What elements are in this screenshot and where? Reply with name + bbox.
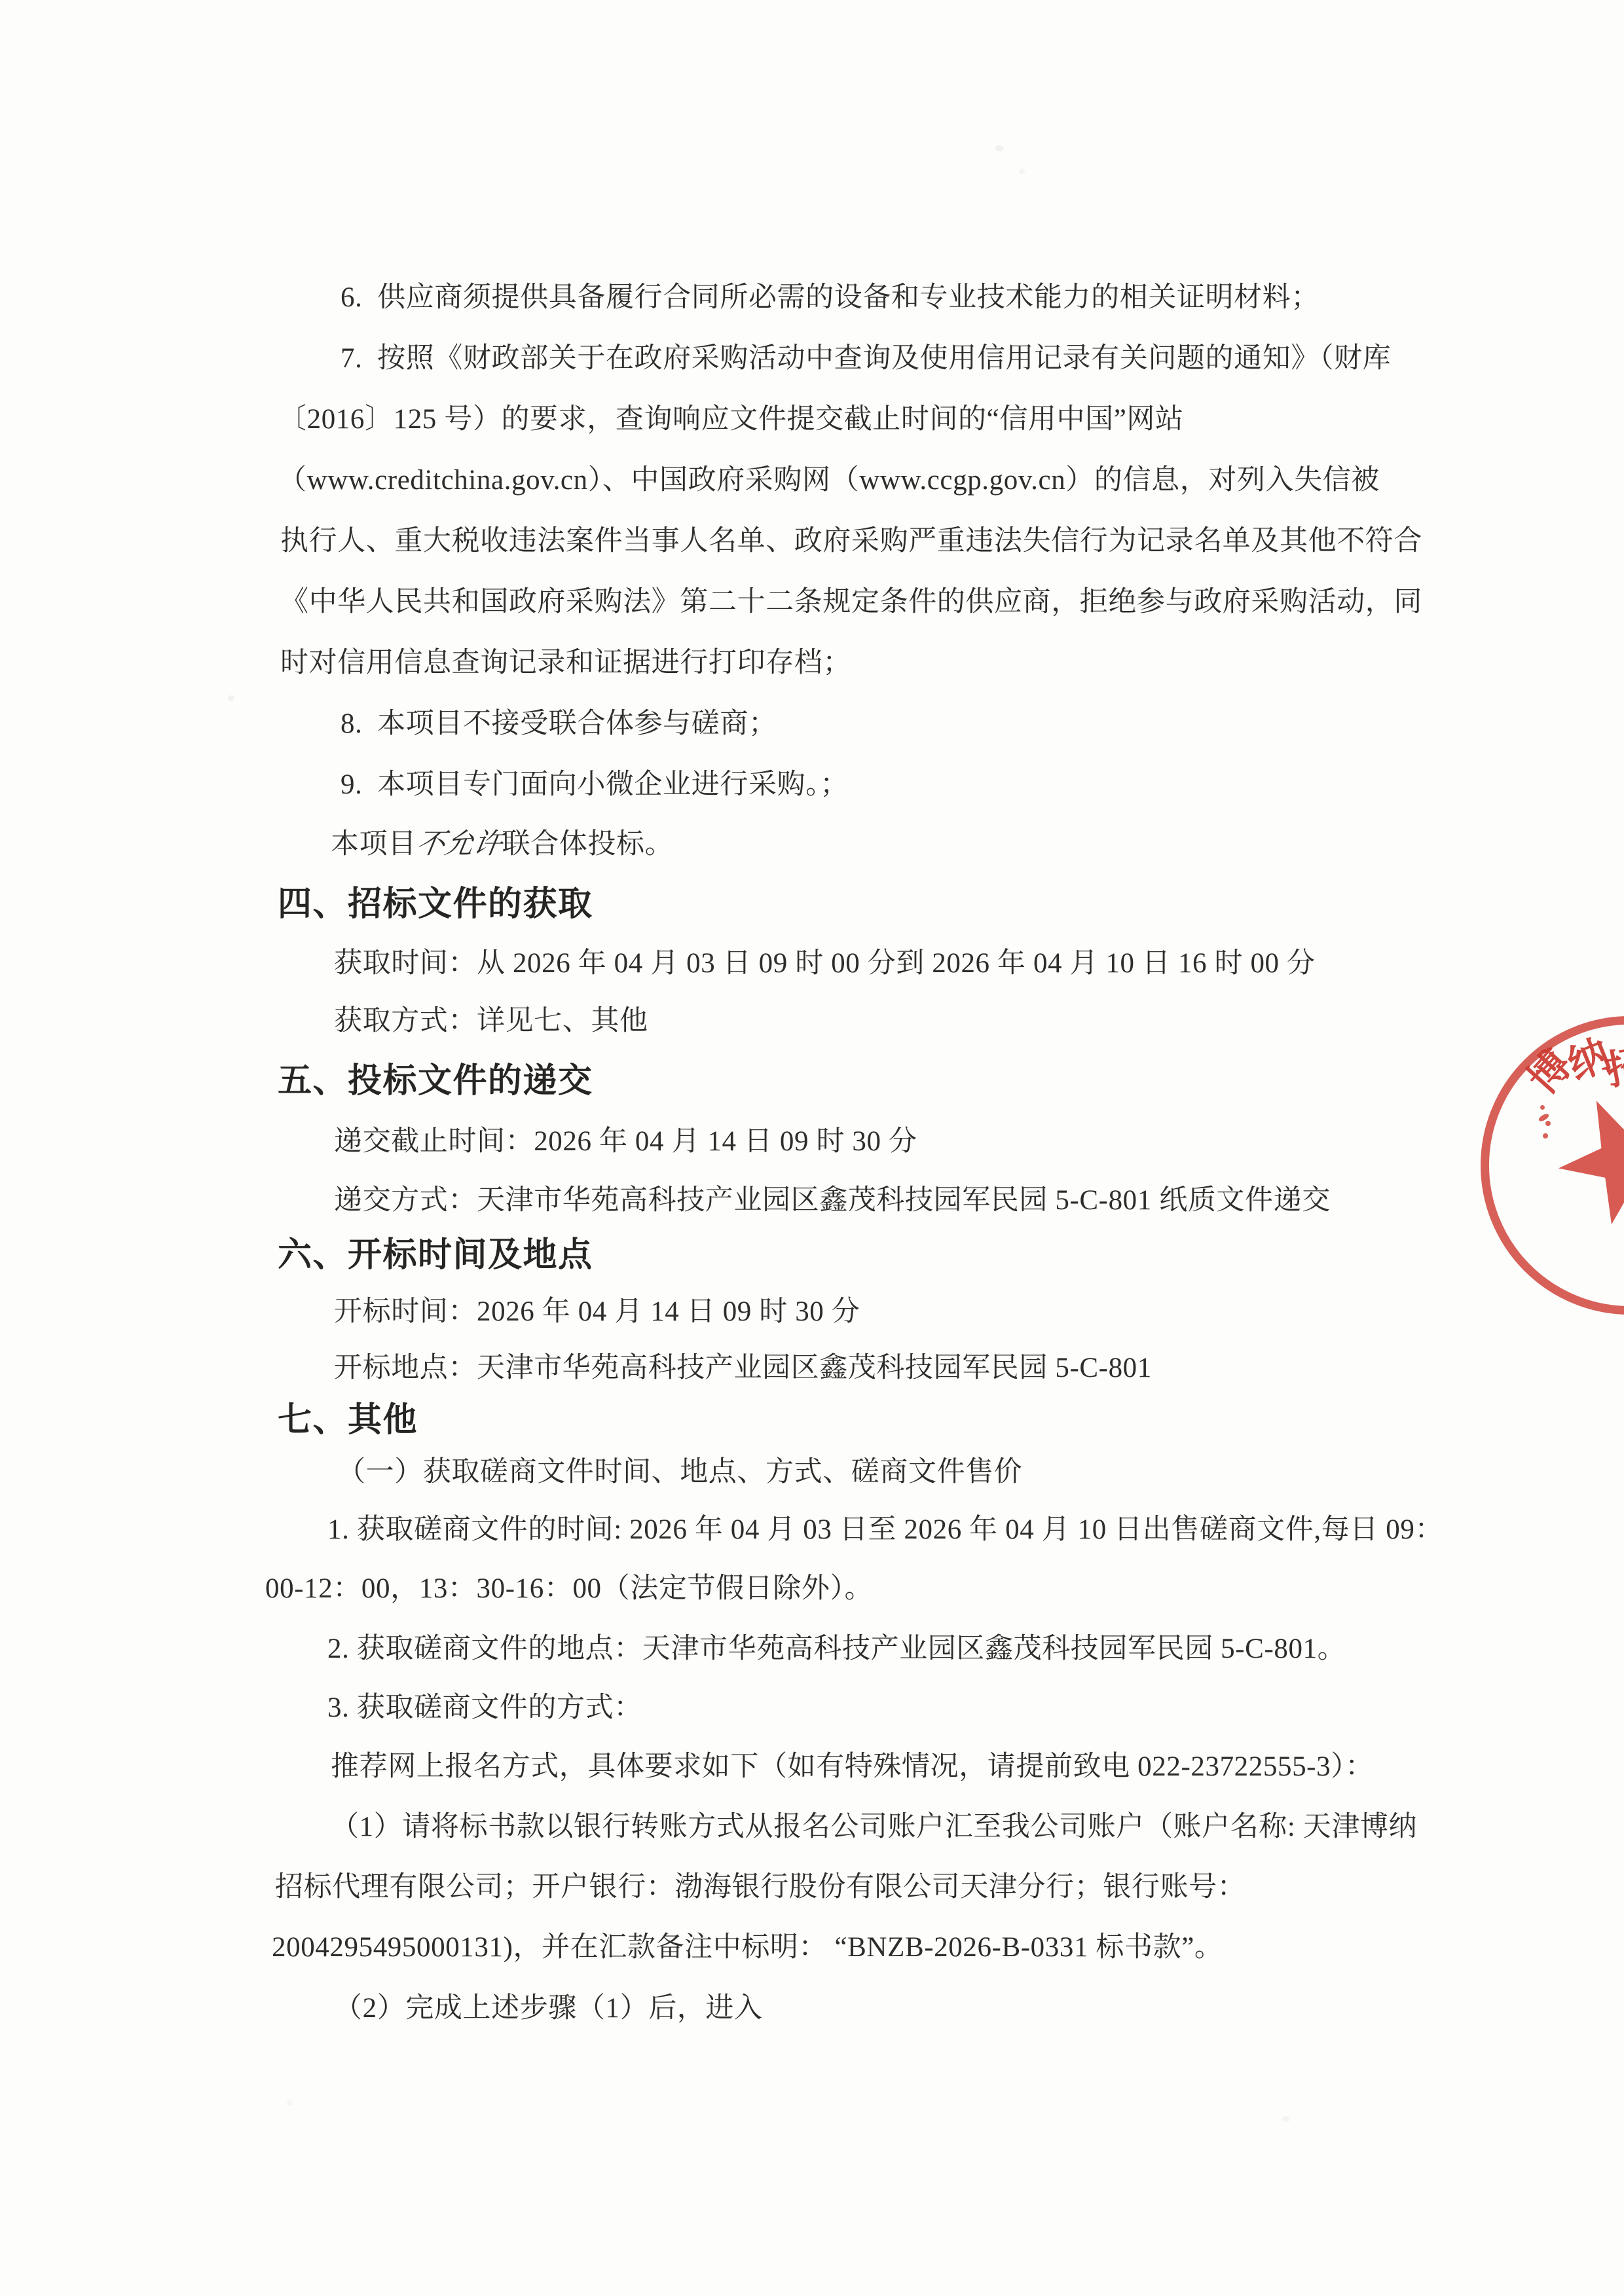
text-line: 时对信用信息查询记录和证据进行打印存档； [280,649,851,677]
text-line: （一）获取磋商文件时间、地点、方式、磋商文件售价 [337,1458,1022,1486]
seal-ink-speck [1540,1105,1545,1110]
section-heading: 四、招标文件的获取 [278,888,593,922]
text-line: 2. 获取磋商文件的地点：天津市华苑高科技产业园区鑫茂科技园军民园 5-C-80… [327,1635,1346,1663]
scan-noise-speck [228,695,234,701]
text-line: （1）请将标书款以银行转账方式从报名公司账户汇至我公司账户（账户名称: 天津博纳 [331,1813,1417,1841]
text-line: 推荐网上报名方式，具体要求如下（如有特殊情况，请提前致电 022-2372255… [331,1753,1374,1781]
text-line: （www.creditchina.gov.cn）、中国政府采购网（www.ccg… [278,466,1380,494]
section-heading: 五、投标文件的递交 [278,1065,593,1099]
scan-noise-speck [995,145,1004,151]
text-line: 执行人、重大税收违法案件当事人名单、政府采购严重违法失信行为记录名单及其他不符合 [280,527,1422,555]
text-line: 本项目不允许联合体投标。 [331,830,673,858]
text-line: 递交截止时间：2026 年 04 月 14 日 09 时 30 分 [334,1127,917,1156]
section-heading: 六、开标时间及地点 [278,1239,593,1273]
text-line: 9. 本项目专门面向小微企业进行采购。； [341,771,849,799]
text-line: 〔2016〕125 号）的要求，查询响应文件提交截止时间的“信用中国”网站 [278,405,1184,433]
text-line: 6. 供应商须提供具备履行合同所必需的设备和专业技术能力的相关证明材料； [341,283,1319,312]
text-line: 00-12：00，13：30-16：00（法定节假日除外）。 [265,1575,873,1603]
scan-noise-speck [287,2100,293,2105]
section-heading: 七、其他 [278,1404,418,1438]
text-line: 开标地点：天津市华苑高科技产业园区鑫茂科技园军民园 5-C-801 [334,1354,1152,1382]
text-line: 2004295495000131)，并在汇款备注中标明： “BNZB-2026-… [272,1933,1223,1961]
text-line: 1. 获取磋商文件的时间: 2026 年 04 月 03 日至 2026 年 0… [327,1516,1443,1544]
seal-ink-speck [1543,1133,1548,1139]
text-line: 7. 按照《财政部关于在政府采购活动中查询及使用信用记录有关问题的通知》（财库 [341,344,1391,373]
text-line: 获取时间：从 2026 年 04 月 03 日 09 时 00 分到 2026 … [334,949,1316,977]
text-line: 3. 获取磋商文件的方式： [327,1694,642,1722]
text-line: （2）完成上述步骤（1）后，进入 [334,1994,763,2022]
scan-noise-speck [1282,2116,1290,2122]
seal-ink-speck [1545,1121,1551,1126]
scan-noise-speck [1019,169,1025,174]
text-run: 联合体投标。 [502,829,674,860]
text-run: 本项目 [331,829,416,860]
text-line: 获取方式：详见七、其他 [334,1007,648,1035]
text-line: 8. 本项目不接受联合体参与磋商； [341,710,777,738]
scanned-document-page: 6. 供应商须提供具备履行合同所必需的设备和专业技术能力的相关证明材料；7. 按… [0,0,1624,2296]
text-line: 招标代理有限公司；开户银行：渤海银行股份有限公司天津分行；银行账号： [275,1873,1246,1901]
emphasized-text-run: 不允许 [414,830,504,858]
text-line: 开标时间：2026 年 04 月 14 日 09 时 30 分 [334,1298,860,1326]
text-line: 《中华人民共和国政府采购法》第二十二条规定条件的供应商，拒绝参与政府采购活动，同 [280,588,1422,616]
text-line: 递交方式：天津市华苑高科技产业园区鑫茂科技园军民园 5-C-801 纸质文件递交 [334,1186,1331,1214]
